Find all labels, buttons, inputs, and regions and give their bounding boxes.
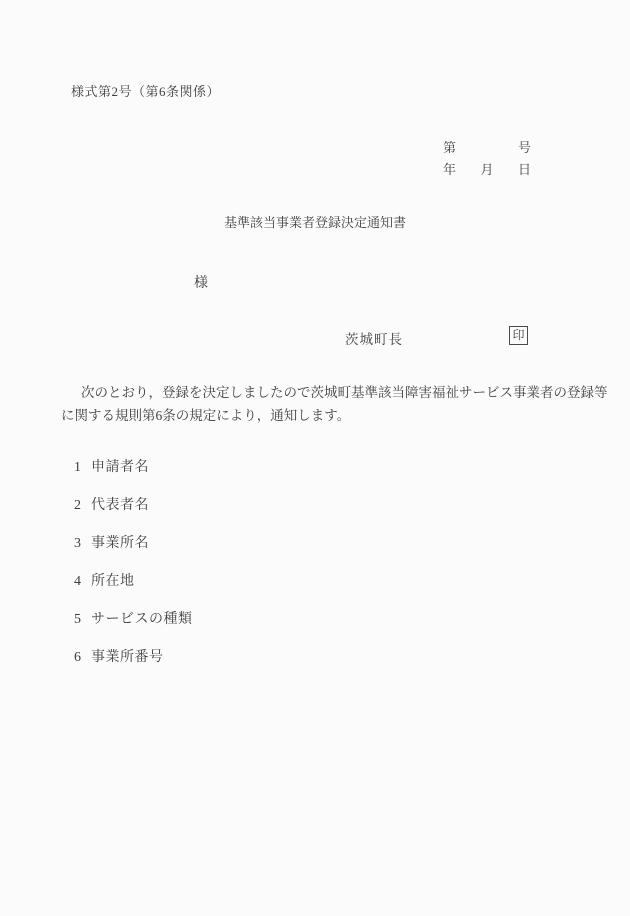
list-item: 5 サービスの種類 — [74, 612, 474, 650]
sender-name: 茨城町長 — [345, 328, 403, 348]
date-line: 年 月 日 — [443, 159, 531, 178]
item-number: 5 — [74, 612, 91, 650]
item-list: 1 申請者名 2 代表者名 3 事業所名 4 所在地 5 サービスの種類 6 事… — [74, 460, 474, 688]
item-number: 2 — [74, 498, 91, 536]
body-line-2: に関する規則第6条の規定により，通知します。 — [61, 404, 581, 427]
document-page: 様式第2号（第6条関係） 第 号 年 月 日 基準該当事業者登録決定通知書 様 … — [0, 0, 630, 916]
document-number-line: 第 号 — [443, 137, 531, 156]
doc-number-suffix: 号 — [518, 137, 531, 156]
seal-placeholder: 印 — [509, 326, 528, 345]
date-year-label: 年 — [443, 159, 456, 178]
body-paragraph: 次のとおり，登録を決定しましたので茨城町基準該当障害福祉サービス事業者の登録等 … — [61, 381, 581, 427]
document-title: 基準該当事業者登録決定通知書 — [0, 212, 630, 231]
addressee-honorific: 様 — [194, 272, 208, 292]
list-item: 4 所在地 — [74, 574, 474, 612]
form-number-label: 様式第2号（第6条関係） — [71, 81, 220, 100]
item-label: 代表者名 — [91, 498, 149, 536]
item-number: 6 — [74, 650, 91, 688]
item-label: 所在地 — [91, 574, 135, 612]
item-label: サービスの種類 — [91, 612, 193, 650]
item-label: 申請者名 — [91, 460, 149, 498]
list-item: 3 事業所名 — [74, 536, 474, 574]
item-number: 3 — [74, 536, 91, 574]
item-number: 1 — [74, 460, 91, 498]
item-number: 4 — [74, 574, 91, 612]
item-label: 事業所番号 — [91, 650, 164, 688]
list-item: 1 申請者名 — [74, 460, 474, 498]
list-item: 6 事業所番号 — [74, 650, 474, 688]
date-day-label: 日 — [518, 159, 531, 178]
doc-number-prefix: 第 — [443, 137, 456, 156]
body-line-1: 次のとおり，登録を決定しましたので茨城町基準該当障害福祉サービス事業者の登録等 — [61, 381, 581, 404]
list-item: 2 代表者名 — [74, 498, 474, 536]
date-month-label: 月 — [480, 159, 493, 178]
item-label: 事業所名 — [91, 536, 149, 574]
